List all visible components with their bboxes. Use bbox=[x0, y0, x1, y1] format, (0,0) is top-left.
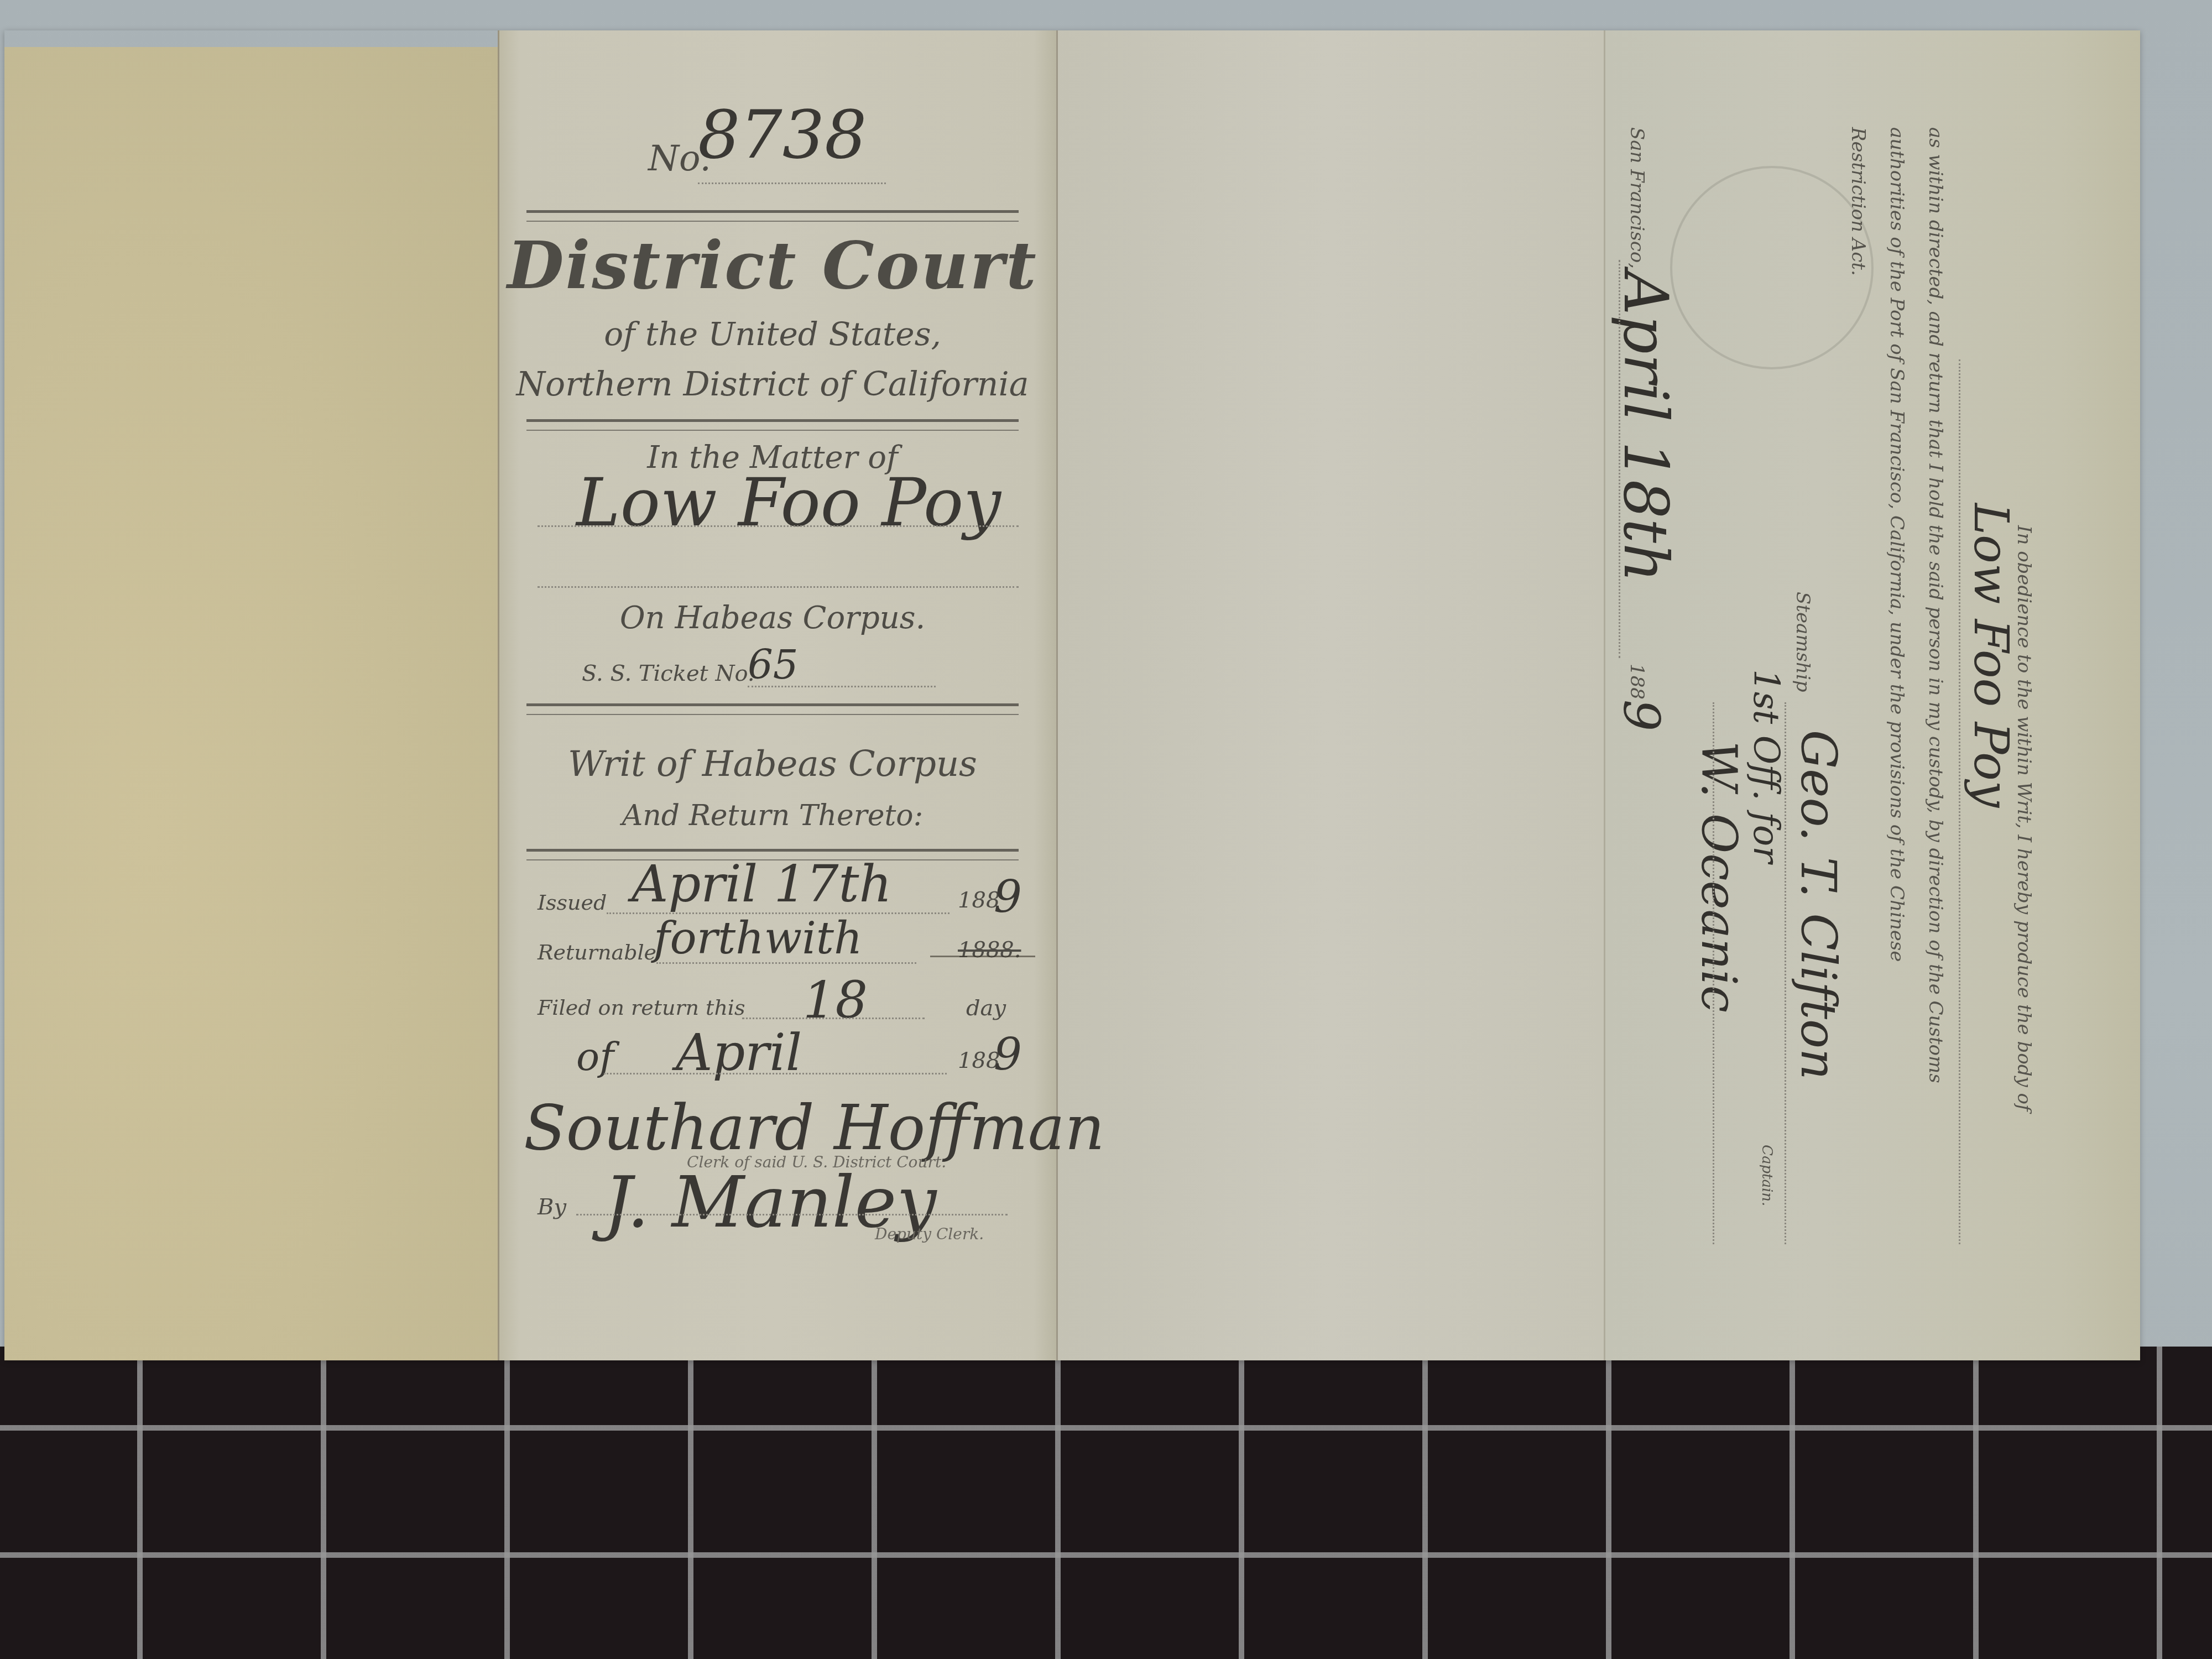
returnable-label: Returnable bbox=[538, 940, 656, 964]
filed-year-hand: 9 bbox=[994, 1029, 1022, 1080]
dotted-line bbox=[538, 586, 1019, 588]
dotted-line bbox=[656, 962, 916, 964]
return-section-rotated: In obedience to the within Writ, I hereb… bbox=[1604, 94, 2057, 1266]
returnable-year-struck: 1888. bbox=[958, 937, 1021, 963]
grid-mat-background bbox=[0, 1347, 2212, 1659]
court-subtitle: of the United States, bbox=[493, 315, 1052, 353]
double-rule bbox=[526, 703, 1019, 715]
place-label: San Francisco, bbox=[1626, 127, 1648, 269]
dotted-line bbox=[1959, 359, 1960, 1244]
dotted-line bbox=[748, 686, 936, 687]
case-number-value: 8738 bbox=[698, 97, 867, 174]
return-date-value: April 18th bbox=[1610, 271, 1681, 582]
deputy-caption: Deputy Clerk. bbox=[875, 1225, 984, 1243]
return-year-hand: 9 bbox=[1612, 700, 1670, 731]
writ-subtitle: And Return Thereto: bbox=[493, 799, 1052, 832]
by-label: By bbox=[538, 1194, 566, 1220]
dotted-line bbox=[742, 1018, 925, 1019]
dotted-line bbox=[576, 1214, 1008, 1215]
dotted-line bbox=[698, 182, 886, 184]
court-district: Northern District of California bbox=[493, 365, 1052, 404]
court-title: District Court bbox=[493, 227, 1052, 304]
dotted-line bbox=[1713, 702, 1714, 1244]
filed-day-value: 18 bbox=[803, 971, 868, 1030]
blank-left-panel bbox=[4, 47, 498, 1360]
cover-content: No. 8738 District Court of the United St… bbox=[493, 0, 1052, 1659]
issued-year-hand: 9 bbox=[994, 871, 1022, 922]
steamship-label: Steamship bbox=[1792, 592, 1814, 692]
blank-middle-panel bbox=[1056, 30, 1604, 1360]
captain-signature: Geo. T. Clifton bbox=[1790, 730, 1847, 1080]
officer-line: 1st Off. for bbox=[1745, 669, 1786, 863]
dotted-line bbox=[1619, 260, 1620, 658]
filed-label: Filed on return this bbox=[538, 995, 745, 1020]
dotted-line bbox=[538, 525, 1019, 527]
captain-label: Captain. bbox=[1759, 1145, 1775, 1206]
return-line-3: authorities of the Port of San Francisco… bbox=[1886, 127, 1908, 962]
ticket-value: 65 bbox=[748, 641, 799, 688]
vessel-name: W. Oceanic bbox=[1691, 741, 1747, 1013]
return-line-2: as within directed, and return that I ho… bbox=[1924, 127, 1947, 1083]
double-rule bbox=[526, 419, 1019, 431]
proceeding-label: On Habeas Corpus. bbox=[493, 600, 1052, 636]
return-body-name: Low Foo Poy bbox=[1963, 503, 2018, 807]
matter-name: Low Foo Poy bbox=[576, 465, 1001, 541]
dotted-line bbox=[604, 1073, 947, 1074]
issued-value: April 17th bbox=[632, 854, 892, 914]
return-year-printed: 188 bbox=[1626, 664, 1648, 700]
writ-title: Writ of Habeas Corpus bbox=[493, 744, 1052, 785]
double-rule bbox=[526, 210, 1019, 222]
filed-day-suffix: day bbox=[966, 995, 1006, 1021]
strike-line bbox=[930, 956, 1035, 957]
return-line-4: Restriction Act. bbox=[1847, 127, 1869, 276]
ticket-label: S. S. Ticket No. bbox=[582, 661, 754, 686]
issued-label: Issued bbox=[538, 890, 607, 915]
returnable-value: forthwith bbox=[654, 912, 862, 964]
